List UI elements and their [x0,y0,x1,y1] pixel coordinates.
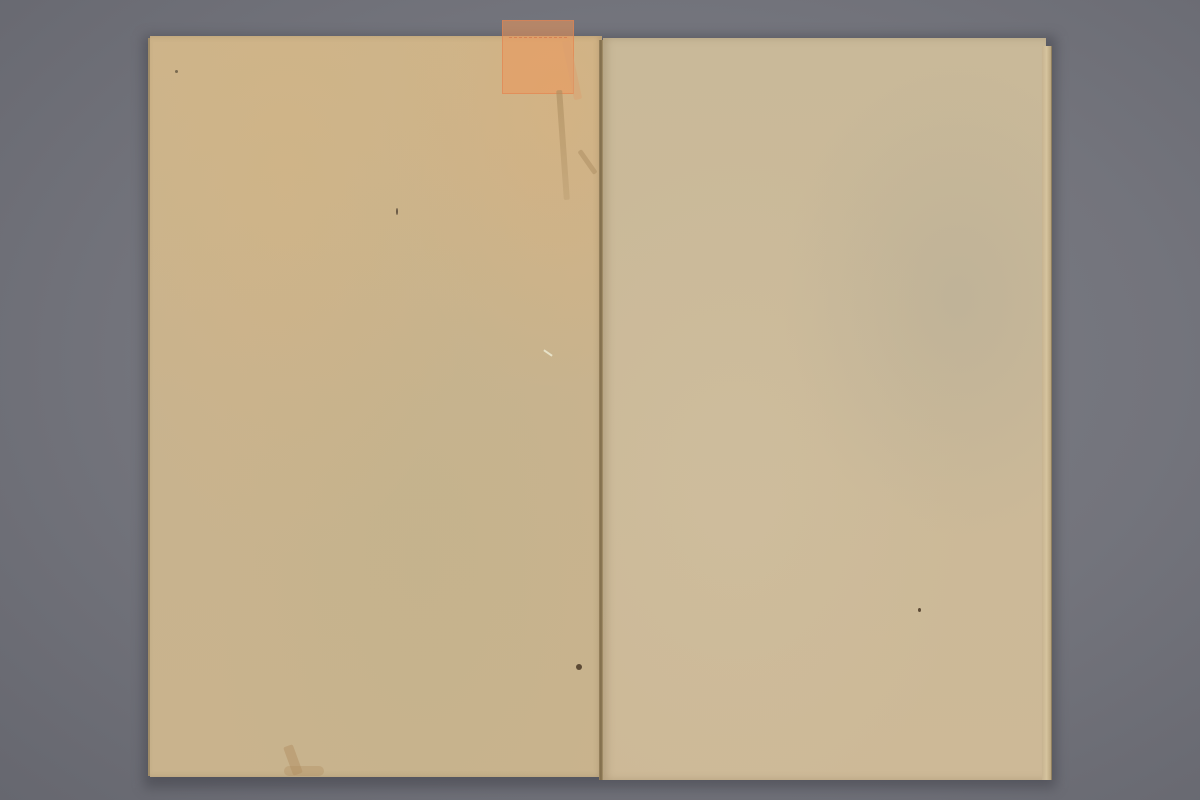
right-page [603,38,1046,780]
seal-stamp-border [509,27,567,38]
dirt-speck [175,70,178,73]
dirt-speck [918,608,921,612]
left-page [150,36,602,777]
seal-stamp [502,20,574,94]
right-page-stack-edge [1042,46,1052,780]
fiber-mark [396,208,398,215]
water-stain [284,766,324,776]
dirt-speck [576,664,582,670]
photo-scene [0,0,1200,800]
book-spine [599,40,603,780]
